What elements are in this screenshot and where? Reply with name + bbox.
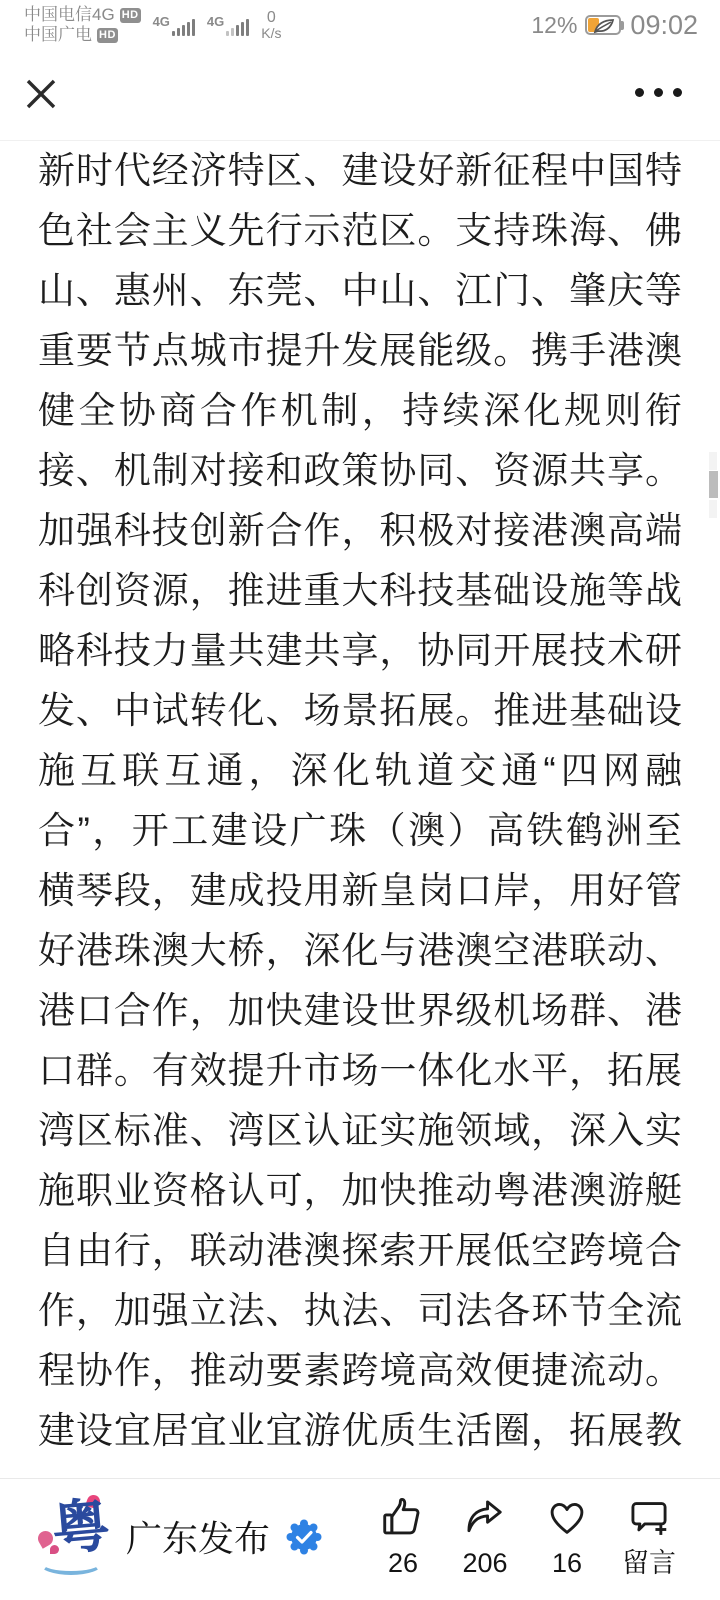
close-icon xyxy=(23,76,59,112)
article-line: 口群。有效提升市场一体化水平，拓展 xyxy=(38,1041,682,1101)
article-line: 作，加强立法、执法、司法各环节全流 xyxy=(38,1281,682,1341)
battery-nub xyxy=(621,21,624,30)
bottom-action-bar: 粤 广东发布 26 xyxy=(0,1478,720,1600)
signal-bars-icon xyxy=(172,19,195,42)
article-line: 施互联互通，深化轨道交通“四网融 xyxy=(38,741,682,801)
share-arrow-icon xyxy=(463,1496,507,1540)
account-profile[interactable]: 粤 广东发布 xyxy=(36,1493,322,1581)
comment-plus-icon xyxy=(627,1496,671,1540)
article-line: 程协作，推动要素跨境高效便捷流动。 xyxy=(38,1341,682,1401)
favorite-button[interactable]: 16 xyxy=(526,1496,608,1578)
battery-icon xyxy=(585,15,621,35)
article-line: 建设宜居宜业宜游优质生活圈，拓展教 xyxy=(38,1401,682,1461)
article-line: 新时代经济特区、建设好新征程中国特 xyxy=(38,141,682,201)
article-line: 山、惠州、东莞、中山、江门、肇庆等 xyxy=(38,261,682,321)
scrollbar-thumb[interactable] xyxy=(709,471,718,498)
carrier-info: 中国电信4G HD 中国广电 HD xyxy=(24,5,141,45)
network-speed: 0 K/s xyxy=(261,10,281,41)
heart-icon xyxy=(545,1496,589,1540)
avatar-wave-icon xyxy=(40,1553,102,1575)
close-button[interactable] xyxy=(23,76,59,112)
more-options-icon xyxy=(635,88,644,97)
network-type-label: 4G xyxy=(153,15,170,28)
article-line: 科创资源，推进重大科技基础设施等战 xyxy=(38,561,682,621)
comment-label: 留言 xyxy=(622,1548,676,1578)
article-line: 施职业资格认可，加快推动粤港澳游艇 xyxy=(38,1161,682,1221)
status-clock: 09:02 xyxy=(630,10,698,41)
article-body: 新时代经济特区、建设好新征程中国特 色社会主义先行示范区。支持珠海、佛 山、惠州… xyxy=(38,141,682,1461)
status-bar: 中国电信4G HD 中国广电 HD 4G 4G 0 K/s 12% xyxy=(0,0,720,46)
more-options-icon xyxy=(654,88,663,97)
power-saving-leaf-icon xyxy=(591,16,617,36)
more-options-icon xyxy=(673,88,682,97)
more-options-button[interactable] xyxy=(635,88,682,97)
like-count: 26 xyxy=(388,1548,418,1578)
like-button[interactable]: 26 xyxy=(362,1496,444,1578)
account-name[interactable]: 广东发布 xyxy=(126,1511,270,1562)
account-avatar[interactable]: 粤 xyxy=(36,1493,112,1581)
share-count: 206 xyxy=(462,1548,507,1578)
article-line: 横琴段，建成投用新皇岗口岸，用好管 xyxy=(38,861,682,921)
action-buttons: 26 206 16 留言 xyxy=(362,1496,690,1578)
article-line: 好港珠澳大桥，深化与港澳空港联动、 xyxy=(38,921,682,981)
article-line: 合”，开工建设广珠（澳）高铁鹤洲至 xyxy=(38,801,682,861)
article-line: 重要节点城市提升发展能级。携手港澳 xyxy=(38,321,682,381)
article-header xyxy=(0,46,720,141)
share-button[interactable]: 206 xyxy=(444,1496,526,1578)
article-line: 自由行，联动港澳探索开展低空跨境合 xyxy=(38,1221,682,1281)
article-line: 接、机制对接和政策协同、资源共享。 xyxy=(38,441,682,501)
scrollbar-track xyxy=(709,500,717,518)
network-type-label: 4G xyxy=(207,15,224,28)
scrollbar-track xyxy=(709,452,717,470)
volte-hd-icon: HD xyxy=(120,8,141,23)
signal-bars-icon xyxy=(226,19,249,42)
article-line: 发、中试转化、场景拓展。推进基础设 xyxy=(38,681,682,741)
comment-button[interactable]: 留言 xyxy=(608,1496,690,1578)
carrier-name-sim2: 中国广电 xyxy=(24,25,92,45)
article-line: 湾区标准、湾区认证实施领域，深入实 xyxy=(38,1101,682,1161)
signal-strength-sim2: 4G xyxy=(207,8,249,42)
verified-badge-icon xyxy=(286,1519,322,1555)
article-line: 港口合作，加快建设世界级机场群、港 xyxy=(38,981,682,1041)
carrier-name-sim1: 中国电信4G xyxy=(24,5,115,25)
article-line: 略科技力量共建共享，协同开展技术研 xyxy=(38,621,682,681)
article-line: 健全协商合作机制，持续深化规则衔 xyxy=(38,381,682,441)
article-line: 色社会主义先行示范区。支持珠海、佛 xyxy=(38,201,682,261)
signal-strength-sim1: 4G xyxy=(153,8,195,42)
article-line: 加强科技创新合作，积极对接港澳高端 xyxy=(38,501,682,561)
avatar-calligraphy-character: 粤 xyxy=(50,1496,113,1559)
battery-percent: 12% xyxy=(531,12,577,39)
favorite-count: 16 xyxy=(552,1548,582,1578)
volte-hd-icon: HD xyxy=(97,28,118,43)
thumbs-up-icon xyxy=(381,1496,425,1540)
